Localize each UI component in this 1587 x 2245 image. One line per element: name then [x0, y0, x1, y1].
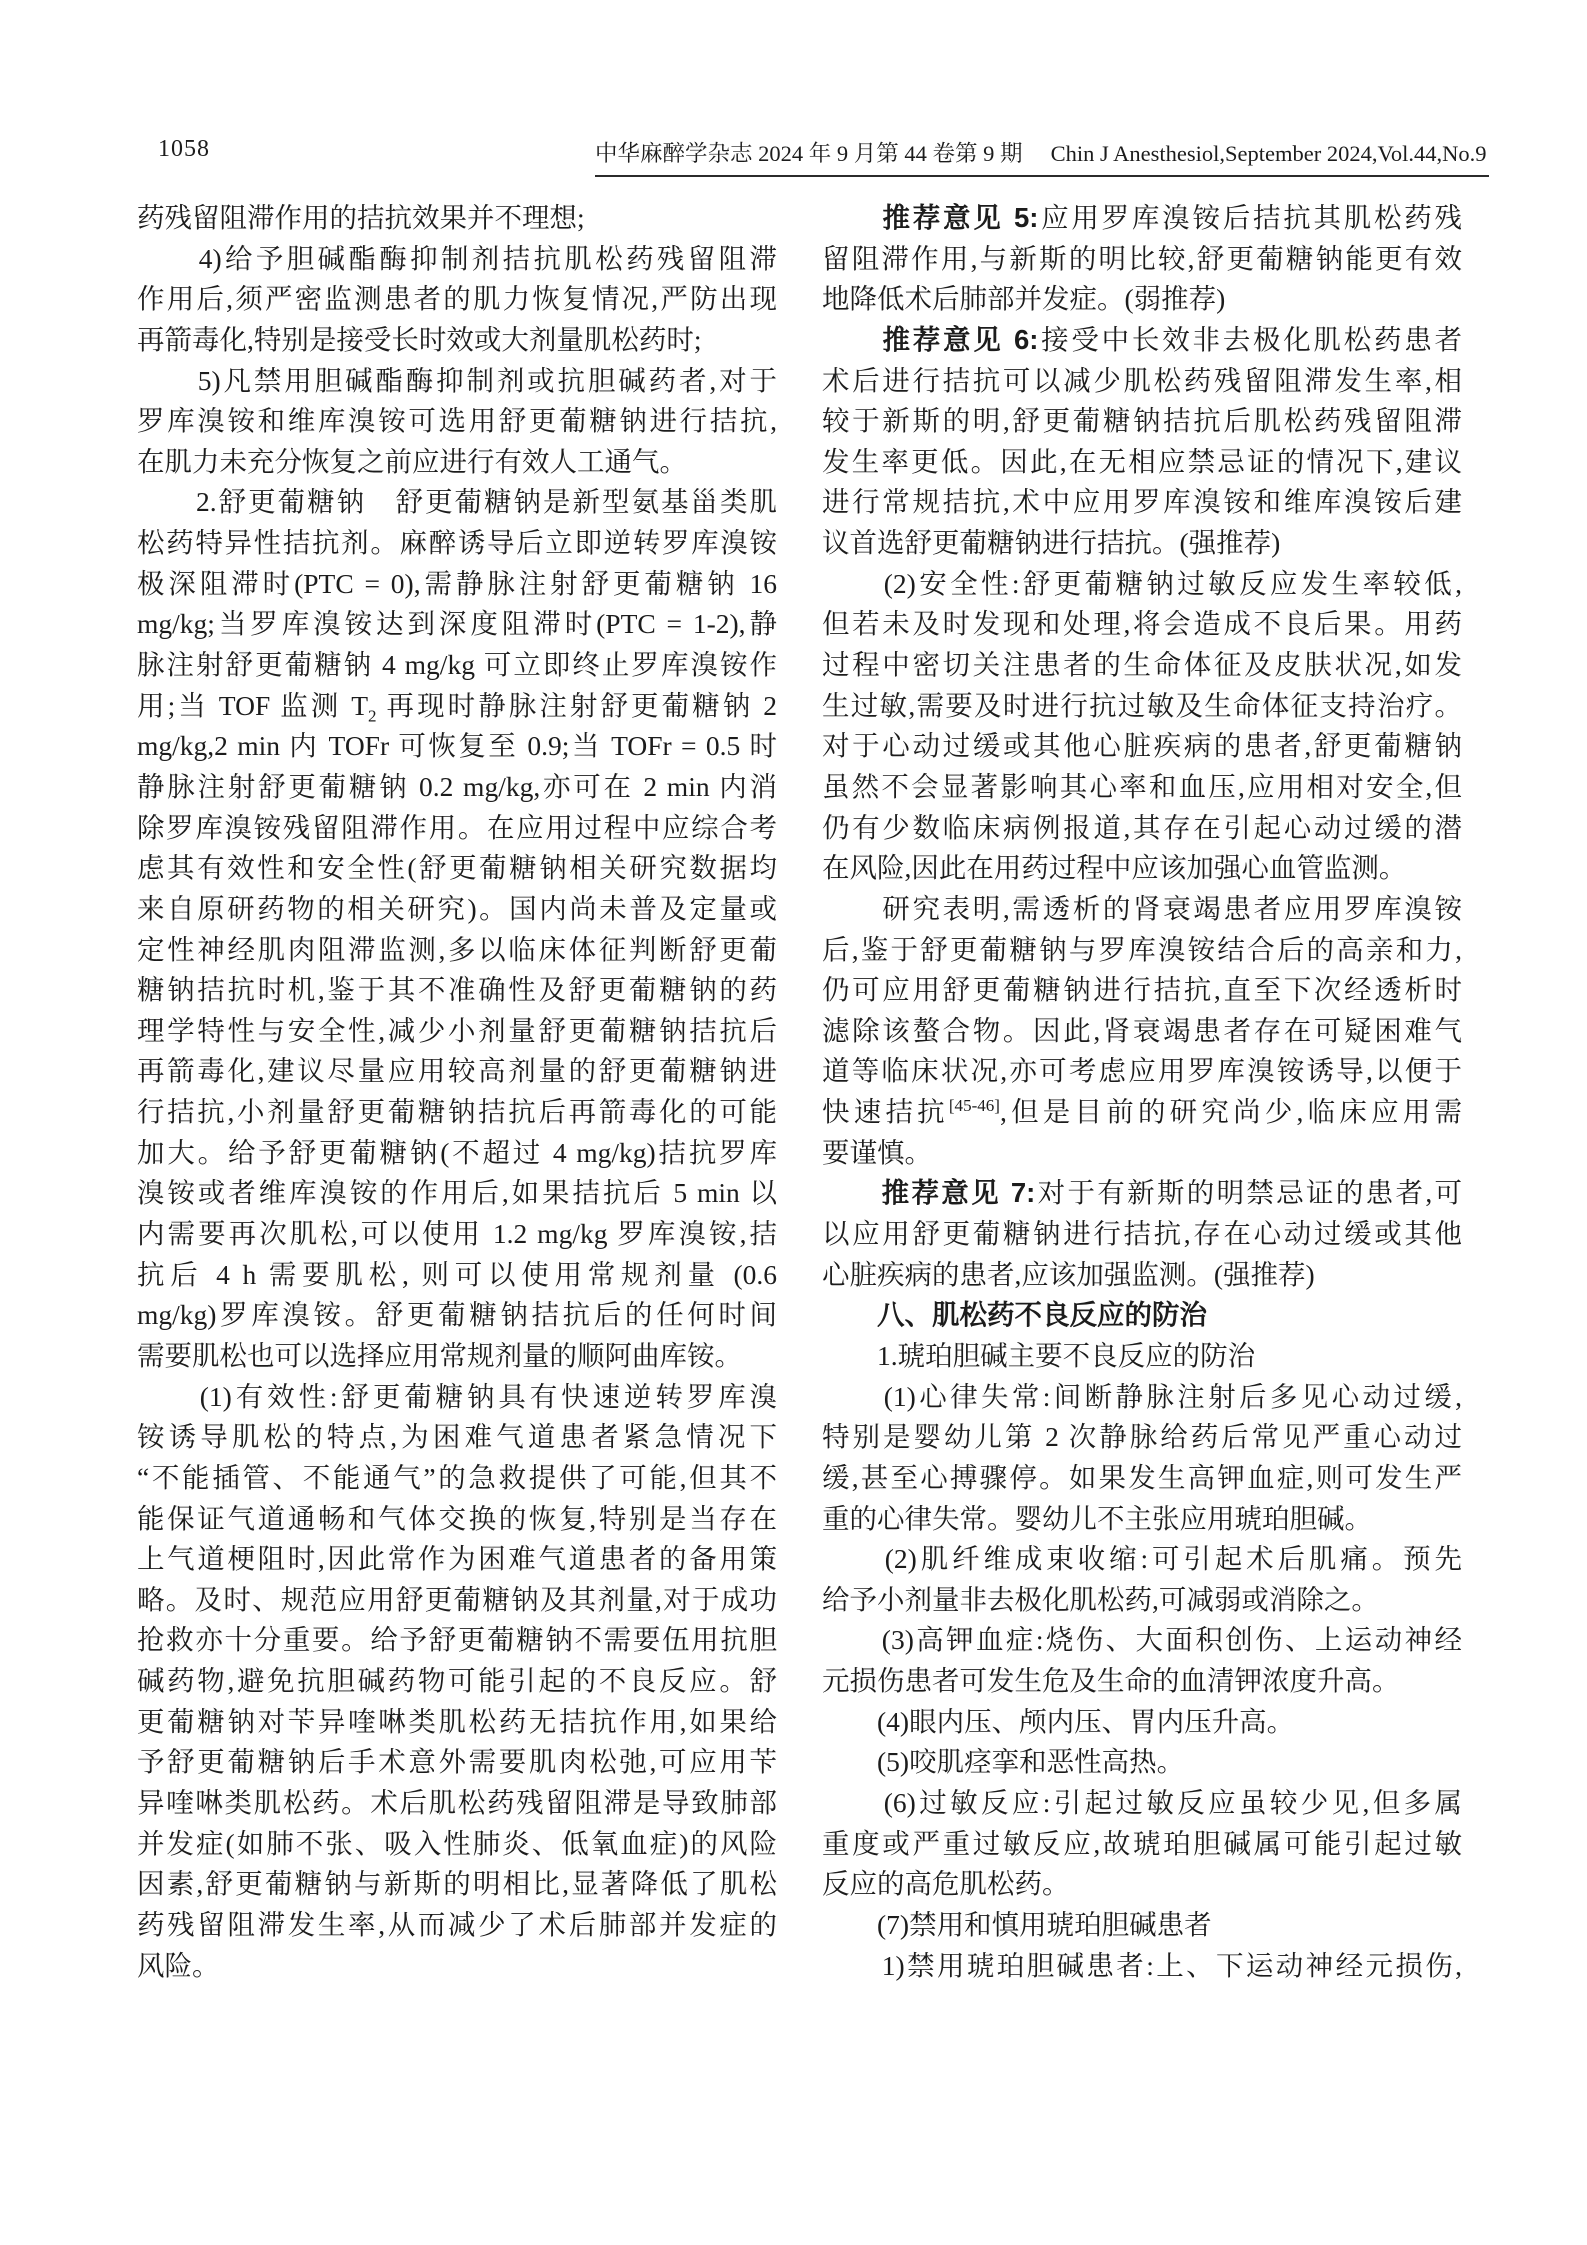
- text-segment: 反应的高危肌松药。: [822, 1868, 1070, 1899]
- text-segment: 用;当 TOF 监测 T: [137, 690, 368, 721]
- text-segment: 定性神经肌肉阻滞监测,多以临床体征判断舒更葡: [137, 934, 777, 965]
- text-line: 在风险,因此在用药过程中应该加强心血管监测。: [822, 848, 1462, 889]
- journal-page: 1058 中华麻醉学杂志 2024 年 9 月第 44 卷第 9 期 Chin …: [0, 0, 1587, 2245]
- text-segment: 上气道梗阻时,因此常作为困难气道患者的备用策: [137, 1543, 777, 1574]
- text-line: 再箭毒化,特别是接受长时效或大剂量肌松药时;: [137, 320, 777, 361]
- text-segment: 极深阻滞时(PTC = 0),需静脉注射舒更葡糖钠 16: [137, 568, 777, 599]
- text-line: 进行常规拮抗,术中应用罗库溴铵和维库溴铵后建: [822, 482, 1462, 523]
- text-segment: 再现时静脉注射舒更葡糖钠 2: [377, 690, 777, 721]
- text-line: 铵诱导肌松的特点,为困难气道患者紧急情况下: [137, 1417, 777, 1458]
- text-segment: mg/kg)罗库溴铵。舒更葡糖钠拮抗后的任何时间: [137, 1299, 777, 1330]
- text-segment: 抢救亦十分重要。给予舒更葡糖钠不需要伍用抗胆: [137, 1624, 777, 1655]
- text-line: 快速拮抗[45-46],但是目前的研究尚少,临床应用需: [822, 1092, 1462, 1133]
- bold-heading: 推荐意见 7:: [882, 1177, 1036, 1208]
- text-segment: 再箭毒化,特别是接受长时效或大剂量肌松药时;: [137, 324, 702, 355]
- text-line: 静脉注射舒更葡糖钠 0.2 mg/kg,亦可在 2 min 内消: [137, 767, 777, 808]
- text-segment: 仍有少数临床病例报道,其存在引起心动过缓的潜: [822, 812, 1462, 843]
- text-line: 作用后,须严密监测患者的肌力恢复情况,严防出现: [137, 279, 777, 320]
- text-segment: 能保证气道通畅和气体交换的恢复,特别是当存在: [137, 1503, 777, 1534]
- text-line: 以应用舒更葡糖钠进行拮抗,存在心动过缓或其他: [822, 1214, 1462, 1255]
- text-line: 留阻滞作用,与新斯的明比较,舒更葡糖钠能更有效: [822, 239, 1462, 280]
- text-line: 松药特异性拮抗剂。麻醉诱导后立即逆转罗库溴铵: [137, 523, 777, 564]
- text-segment: 予舒更葡糖钠后手术意外需要肌肉松弛,可应用苄: [137, 1746, 777, 1777]
- text-segment: 静脉注射舒更葡糖钠 0.2 mg/kg,亦可在 2 min 内消: [137, 771, 777, 802]
- text-line: 道等临床状况,亦可考虑应用罗库溴铵诱导,以便于: [822, 1051, 1462, 1092]
- text-line: 给予小剂量非去极化肌松药,可减弱或消除之。: [822, 1580, 1462, 1621]
- text-line: 元损伤患者可发生危及生命的血清钾浓度升高。: [822, 1661, 1462, 1702]
- text-line: 4)给予胆碱酯酶抑制剂拮抗肌松药残留阻滞: [137, 239, 777, 280]
- text-line: 生过敏,需要及时进行抗过敏及生命体征支持治疗。: [822, 686, 1462, 727]
- text-segment: 4)给予胆碱酯酶抑制剂拮抗肌松药残留阻滞: [137, 243, 777, 274]
- text-segment: 虽然不会显著影响其心率和血压,应用相对安全,但: [822, 771, 1462, 802]
- text-segment: 术后进行拮抗可以减少肌松药残留阻滞发生率,相: [822, 365, 1462, 396]
- text-line: 5)凡禁用胆碱酯酶抑制剂或抗胆碱药者,对于: [137, 361, 777, 402]
- text-segment: 心脏疾病的患者,应该加强监测。(强推荐): [822, 1259, 1315, 1290]
- text-segment: 留阻滞作用,与新斯的明比较,舒更葡糖钠能更有效: [822, 243, 1462, 274]
- text-line: 地降低术后肺部并发症。(弱推荐): [822, 279, 1462, 320]
- text-line: 心脏疾病的患者,应该加强监测。(强推荐): [822, 1255, 1462, 1296]
- text-segment: 脉注射舒更葡糖钠 4 mg/kg 可立即终止罗库溴铵作: [137, 649, 777, 680]
- text-line: mg/kg;当罗库溴铵达到深度阻滞时(PTC = 1-2),静: [137, 604, 777, 645]
- text-segment: 快速拮抗: [822, 1096, 949, 1127]
- text-line: 风险。: [137, 1946, 777, 1987]
- text-segment: 并发症(如肺不张、吸入性肺炎、低氧血症)的风险: [137, 1828, 777, 1859]
- text-line: 虑其有效性和安全性(舒更葡糖钠相关研究数据均: [137, 848, 777, 889]
- page-number: 1058: [158, 136, 210, 163]
- text-segment: mg/kg;当罗库溴铵达到深度阻滞时(PTC = 1-2),静: [137, 608, 777, 639]
- text-line: 八、肌松药不良反应的防治: [822, 1295, 1462, 1336]
- text-segment: (5)咬肌痉挛和恶性高热。: [822, 1746, 1184, 1777]
- text-line: 加大。给予舒更葡糖钠(不超过 4 mg/kg)拮抗罗库: [137, 1133, 777, 1174]
- text-segment: 过程中密切关注患者的生命体征及皮肤状况,如发: [822, 649, 1462, 680]
- text-segment: 重度或严重过敏反应,故琥珀胆碱属可能引起过敏: [822, 1828, 1462, 1859]
- text-line: 罗库溴铵和维库溴铵可选用舒更葡糖钠进行拮抗,: [137, 401, 777, 442]
- text-segment: 溴铵或者维库溴铵的作用后,如果拮抗后 5 min 以: [137, 1177, 777, 1208]
- text-line: 仍有少数临床病例报道,其存在引起心动过缓的潜: [822, 808, 1462, 849]
- text-line: 仍可应用舒更葡糖钠进行拮抗,直至下次经透析时: [822, 970, 1462, 1011]
- text-line: 术后进行拮抗可以减少肌松药残留阻滞发生率,相: [822, 361, 1462, 402]
- text-line: 并发症(如肺不张、吸入性肺炎、低氧血症)的风险: [137, 1824, 777, 1865]
- text-segment: (1)心律失常:间断静脉注射后多见心动过缓,: [822, 1381, 1462, 1412]
- text-segment: 议首选舒更葡糖钠进行拮抗。(强推荐): [822, 527, 1280, 558]
- text-segment: 接受中长效非去极化肌松药患者: [1038, 324, 1462, 355]
- text-segment: 在风险,因此在用药过程中应该加强心血管监测。: [822, 852, 1406, 883]
- text-segment: 道等临床状况,亦可考虑应用罗库溴铵诱导,以便于: [822, 1055, 1462, 1086]
- text-segment: 罗库溴铵和维库溴铵可选用舒更葡糖钠进行拮抗,: [137, 405, 777, 436]
- text-segment: (3)高钾血症:烧伤、大面积创伤、上运动神经: [822, 1624, 1462, 1655]
- text-segment: (2)肌纤维成束收缩:可引起术后肌痛。预先: [822, 1543, 1462, 1574]
- text-line: 用;当 TOF 监测 T2 再现时静脉注射舒更葡糖钠 2: [137, 686, 777, 727]
- text-segment: mg/kg,2 min 内 TOFr 可恢复至 0.9;当 TOFr = 0.5…: [137, 730, 777, 761]
- text-segment: (7)禁用和慎用琥珀胆碱患者: [822, 1909, 1212, 1940]
- text-line: (4)眼内压、颅内压、胃内压升高。: [822, 1702, 1462, 1743]
- text-segment: 对于心动过缓或其他心脏疾病的患者,舒更葡糖钠: [822, 730, 1462, 761]
- bold-heading: 八、肌松药不良反应的防治: [877, 1299, 1207, 1330]
- text-line: 予舒更葡糖钠后手术意外需要肌肉松弛,可应用苄: [137, 1742, 777, 1783]
- text-segment: 但若未及时发现和处理,将会造成不良后果。用药: [822, 608, 1462, 639]
- text-line: (3)高钾血症:烧伤、大面积创伤、上运动神经: [822, 1620, 1462, 1661]
- text-segment: 内需要再次肌松,可以使用 1.2 mg/kg 罗库溴铵,拮: [137, 1218, 777, 1249]
- text-line: 抢救亦十分重要。给予舒更葡糖钠不需要伍用抗胆: [137, 1620, 777, 1661]
- text-line: 发生率更低。因此,在无相应禁忌证的情况下,建议: [822, 442, 1462, 483]
- text-segment: 碱药物,避免抗胆碱药物可能引起的不良反应。舒: [137, 1665, 777, 1696]
- text-segment: 再箭毒化,建议尽量应用较高剂量的舒更葡糖钠进: [137, 1055, 777, 1086]
- text-segment: 地降低术后肺部并发症。(弱推荐): [822, 283, 1225, 314]
- text-line: 上气道梗阻时,因此常作为困难气道患者的备用策: [137, 1539, 777, 1580]
- text-segment: 因素,舒更葡糖钠与新斯的明相比,显著降低了肌松: [137, 1868, 777, 1899]
- text-line: 理学特性与安全性,减少小剂量舒更葡糖钠拮抗后: [137, 1011, 777, 1052]
- text-line: (1)有效性:舒更葡糖钠具有快速逆转罗库溴: [137, 1377, 777, 1418]
- text-line: 较于新斯的明,舒更葡糖钠拮抗后肌松药残留阻滞: [822, 401, 1462, 442]
- text-segment: 特别是婴幼儿第 2 次静脉给药后常见严重心动过: [822, 1421, 1462, 1452]
- text-segment: 缓,甚至心搏骤停。如果发生高钾血症,则可发生严: [822, 1462, 1462, 1493]
- bold-heading: 推荐意见 5:: [883, 202, 1039, 233]
- text-segment: 1.琥珀胆碱主要不良反应的防治: [822, 1340, 1255, 1371]
- text-segment: 1)禁用琥珀胆碱患者:上、下运动神经元损伤,: [822, 1950, 1462, 1981]
- text-line: (2)肌纤维成束收缩:可引起术后肌痛。预先: [822, 1539, 1462, 1580]
- text-segment: 生过敏,需要及时进行抗过敏及生命体征支持治疗。: [822, 690, 1462, 721]
- text-line: 对于心动过缓或其他心脏疾病的患者,舒更葡糖钠: [822, 726, 1462, 767]
- text-segment: 理学特性与安全性,减少小剂量舒更葡糖钠拮抗后: [137, 1015, 777, 1046]
- text-line: 但若未及时发现和处理,将会造成不良后果。用药: [822, 604, 1462, 645]
- text-segment: 发生率更低。因此,在无相应禁忌证的情况下,建议: [822, 446, 1462, 477]
- text-segment: 铵诱导肌松的特点,为困难气道患者紧急情况下: [137, 1421, 777, 1452]
- text-line: (6)过敏反应:引起过敏反应虽较少见,但多属: [822, 1783, 1462, 1824]
- text-segment: 2.舒更葡糖钠 舒更葡糖钠是新型氨基甾类肌: [137, 486, 777, 517]
- text-segment: [822, 1177, 882, 1208]
- text-line: 反应的高危肌松药。: [822, 1864, 1462, 1905]
- text-segment: ,但是目前的研究尚少,临床应用需: [1000, 1096, 1462, 1127]
- text-line: 脉注射舒更葡糖钠 4 mg/kg 可立即终止罗库溴铵作: [137, 645, 777, 686]
- text-line: mg/kg)罗库溴铵。舒更葡糖钠拮抗后的任何时间: [137, 1295, 777, 1336]
- text-line: 因素,舒更葡糖钠与新斯的明相比,显著降低了肌松: [137, 1864, 777, 1905]
- text-line: 定性神经肌肉阻滞监测,多以临床体征判断舒更葡: [137, 930, 777, 971]
- text-line: 能保证气道通畅和气体交换的恢复,特别是当存在: [137, 1499, 777, 1540]
- text-line: 再箭毒化,建议尽量应用较高剂量的舒更葡糖钠进: [137, 1051, 777, 1092]
- text-line: 糖钠拮抗时机,鉴于其不准确性及舒更葡糖钠的药: [137, 970, 777, 1011]
- subscript: 2: [368, 706, 377, 725]
- text-line: 研究表明,需透析的肾衰竭患者应用罗库溴铵: [822, 889, 1462, 930]
- text-line: 议首选舒更葡糖钠进行拮抗。(强推荐): [822, 523, 1462, 564]
- text-line: 行拮抗,小剂量舒更葡糖钠拮抗后再箭毒化的可能: [137, 1092, 777, 1133]
- text-segment: 对于有新斯的明禁忌证的患者,可: [1035, 1177, 1462, 1208]
- text-segment: 药残留阻滞发生率,从而减少了术后肺部并发症的: [137, 1909, 777, 1940]
- text-segment: 异喹啉类肌松药。术后肌松药残留阻滞是导致肺部: [137, 1787, 777, 1818]
- left-column: 药残留阻滞作用的拮抗效果并不理想; 4)给予胆碱酯酶抑制剂拮抗肌松药残留阻滞作用…: [137, 198, 777, 1986]
- text-line: (2)安全性:舒更葡糖钠过敏反应发生率较低,: [822, 564, 1462, 605]
- text-line: 滤除该螯合物。因此,肾衰竭患者存在可疑困难气: [822, 1011, 1462, 1052]
- text-segment: (1)有效性:舒更葡糖钠具有快速逆转罗库溴: [137, 1381, 777, 1412]
- text-line: 推荐意见 6:接受中长效非去极化肌松药患者: [822, 320, 1462, 361]
- text-line: 来自原研药物的相关研究)。国内尚未普及定量或: [137, 889, 777, 930]
- bold-heading: 推荐意见 6:: [883, 324, 1039, 355]
- text-line: 内需要再次肌松,可以使用 1.2 mg/kg 罗库溴铵,拮: [137, 1214, 777, 1255]
- text-segment: 更葡糖钠对苄异喹啉类肌松药无拮抗作用,如果给: [137, 1706, 777, 1737]
- text-segment: 研究表明,需透析的肾衰竭患者应用罗库溴铵: [822, 893, 1462, 924]
- text-line: 溴铵或者维库溴铵的作用后,如果拮抗后 5 min 以: [137, 1173, 777, 1214]
- text-line: 过程中密切关注患者的生命体征及皮肤状况,如发: [822, 645, 1462, 686]
- text-line: 碱药物,避免抗胆碱药物可能引起的不良反应。舒: [137, 1661, 777, 1702]
- text-segment: 仍可应用舒更葡糖钠进行拮抗,直至下次经透析时: [822, 974, 1462, 1005]
- text-segment: 行拮抗,小剂量舒更葡糖钠拮抗后再箭毒化的可能: [137, 1096, 777, 1127]
- text-line: (1)心律失常:间断静脉注射后多见心动过缓,: [822, 1377, 1462, 1418]
- text-segment: 来自原研药物的相关研究)。国内尚未普及定量或: [137, 893, 777, 924]
- text-segment: 要谨慎。: [822, 1137, 932, 1168]
- text-segment: 在肌力未充分恢复之前应进行有效人工通气。: [137, 446, 687, 477]
- text-segment: 松药特异性拮抗剂。麻醉诱导后立即逆转罗库溴铵: [137, 527, 777, 558]
- text-segment: 加大。给予舒更葡糖钠(不超过 4 mg/kg)拮抗罗库: [137, 1137, 777, 1168]
- text-line: 在肌力未充分恢复之前应进行有效人工通气。: [137, 442, 777, 483]
- text-line: 推荐意见 5:应用罗库溴铵后拮抗其肌松药残: [822, 198, 1462, 239]
- text-line: 重的心律失常。婴幼儿不主张应用琥珀胆碱。: [822, 1499, 1462, 1540]
- text-segment: 较于新斯的明,舒更葡糖钠拮抗后肌松药残留阻滞: [822, 405, 1462, 436]
- text-segment: 应用罗库溴铵后拮抗其肌松药残: [1038, 202, 1462, 233]
- text-line: (5)咬肌痉挛和恶性高热。: [822, 1742, 1462, 1783]
- text-line: 1.琥珀胆碱主要不良反应的防治: [822, 1336, 1462, 1377]
- text-segment: 后,鉴于舒更葡糖钠与罗库溴铵结合后的高亲和力,: [822, 934, 1462, 965]
- text-line: (7)禁用和慎用琥珀胆碱患者: [822, 1905, 1462, 1946]
- text-segment: 抗后 4 h 需要肌松, 则可以使用常规剂量 (0.6: [137, 1259, 777, 1290]
- text-segment: (2)安全性:舒更葡糖钠过敏反应发生率较低,: [822, 568, 1462, 599]
- text-line: 抗后 4 h 需要肌松, 则可以使用常规剂量 (0.6: [137, 1255, 777, 1296]
- text-segment: [822, 1299, 877, 1330]
- text-segment: 滤除该螯合物。因此,肾衰竭患者存在可疑困难气: [822, 1015, 1462, 1046]
- text-line: “不能插管、不能通气”的急救提供了可能,但其不: [137, 1458, 777, 1499]
- text-segment: 进行常规拮抗,术中应用罗库溴铵和维库溴铵后建: [822, 486, 1462, 517]
- text-line: 更葡糖钠对苄异喹啉类肌松药无拮抗作用,如果给: [137, 1702, 777, 1743]
- journal-citation: 中华麻醉学杂志 2024 年 9 月第 44 卷第 9 期 Chin J Ane…: [595, 136, 1489, 177]
- text-segment: 以应用舒更葡糖钠进行拮抗,存在心动过缓或其他: [822, 1218, 1462, 1249]
- text-line: 极深阻滞时(PTC = 0),需静脉注射舒更葡糖钠 16: [137, 564, 777, 605]
- text-segment: 药残留阻滞作用的拮抗效果并不理想;: [137, 202, 585, 233]
- right-column: 推荐意见 5:应用罗库溴铵后拮抗其肌松药残留阻滞作用,与新斯的明比较,舒更葡糖钠…: [822, 198, 1462, 1986]
- text-line: 2.舒更葡糖钠 舒更葡糖钠是新型氨基甾类肌: [137, 482, 777, 523]
- text-line: 异喹啉类肌松药。术后肌松药残留阻滞是导致肺部: [137, 1783, 777, 1824]
- text-segment: [822, 202, 883, 233]
- text-line: 略。及时、规范应用舒更葡糖钠及其剂量,对于成功: [137, 1580, 777, 1621]
- text-segment: 重的心律失常。婴幼儿不主张应用琥珀胆碱。: [822, 1503, 1372, 1534]
- text-segment: 作用后,须严密监测患者的肌力恢复情况,严防出现: [137, 283, 777, 314]
- text-segment: 除罗库溴铵残留阻滞作用。在应用过程中应综合考: [137, 812, 777, 843]
- text-segment: 虑其有效性和安全性(舒更葡糖钠相关研究数据均: [137, 852, 777, 883]
- text-line: 重度或严重过敏反应,故琥珀胆碱属可能引起过敏: [822, 1824, 1462, 1865]
- citation-reference: [45-46]: [949, 1096, 1000, 1115]
- text-segment: (4)眼内压、颅内压、胃内压升高。: [822, 1706, 1294, 1737]
- text-line: 要谨慎。: [822, 1133, 1462, 1174]
- text-segment: 元损伤患者可发生危及生命的血清钾浓度升高。: [822, 1665, 1400, 1696]
- text-line: 特别是婴幼儿第 2 次静脉给药后常见严重心动过: [822, 1417, 1462, 1458]
- text-line: 需要肌松也可以选择应用常规剂量的顺阿曲库铵。: [137, 1336, 777, 1377]
- text-segment: 糖钠拮抗时机,鉴于其不准确性及舒更葡糖钠的药: [137, 974, 777, 1005]
- text-segment: 给予小剂量非去极化肌松药,可减弱或消除之。: [822, 1584, 1379, 1615]
- text-segment: 需要肌松也可以选择应用常规剂量的顺阿曲库铵。: [137, 1340, 742, 1371]
- text-line: 后,鉴于舒更葡糖钠与罗库溴铵结合后的高亲和力,: [822, 930, 1462, 971]
- text-segment: (6)过敏反应:引起过敏反应虽较少见,但多属: [822, 1787, 1462, 1818]
- text-segment: “不能插管、不能通气”的急救提供了可能,但其不: [137, 1462, 777, 1493]
- text-line: mg/kg,2 min 内 TOFr 可恢复至 0.9;当 TOFr = 0.5…: [137, 726, 777, 767]
- text-line: 缓,甚至心搏骤停。如果发生高钾血症,则可发生严: [822, 1458, 1462, 1499]
- text-segment: [822, 324, 883, 355]
- text-line: 虽然不会显著影响其心率和血压,应用相对安全,但: [822, 767, 1462, 808]
- text-line: 药残留阻滞发生率,从而减少了术后肺部并发症的: [137, 1905, 777, 1946]
- text-segment: 略。及时、规范应用舒更葡糖钠及其剂量,对于成功: [137, 1584, 777, 1615]
- text-line: 1)禁用琥珀胆碱患者:上、下运动神经元损伤,: [822, 1946, 1462, 1987]
- text-segment: 5)凡禁用胆碱酯酶抑制剂或抗胆碱药者,对于: [137, 365, 777, 396]
- text-line: 除罗库溴铵残留阻滞作用。在应用过程中应综合考: [137, 808, 777, 849]
- text-segment: 风险。: [137, 1950, 220, 1981]
- text-line: 推荐意见 7:对于有新斯的明禁忌证的患者,可: [822, 1173, 1462, 1214]
- text-line: 药残留阻滞作用的拮抗效果并不理想;: [137, 198, 777, 239]
